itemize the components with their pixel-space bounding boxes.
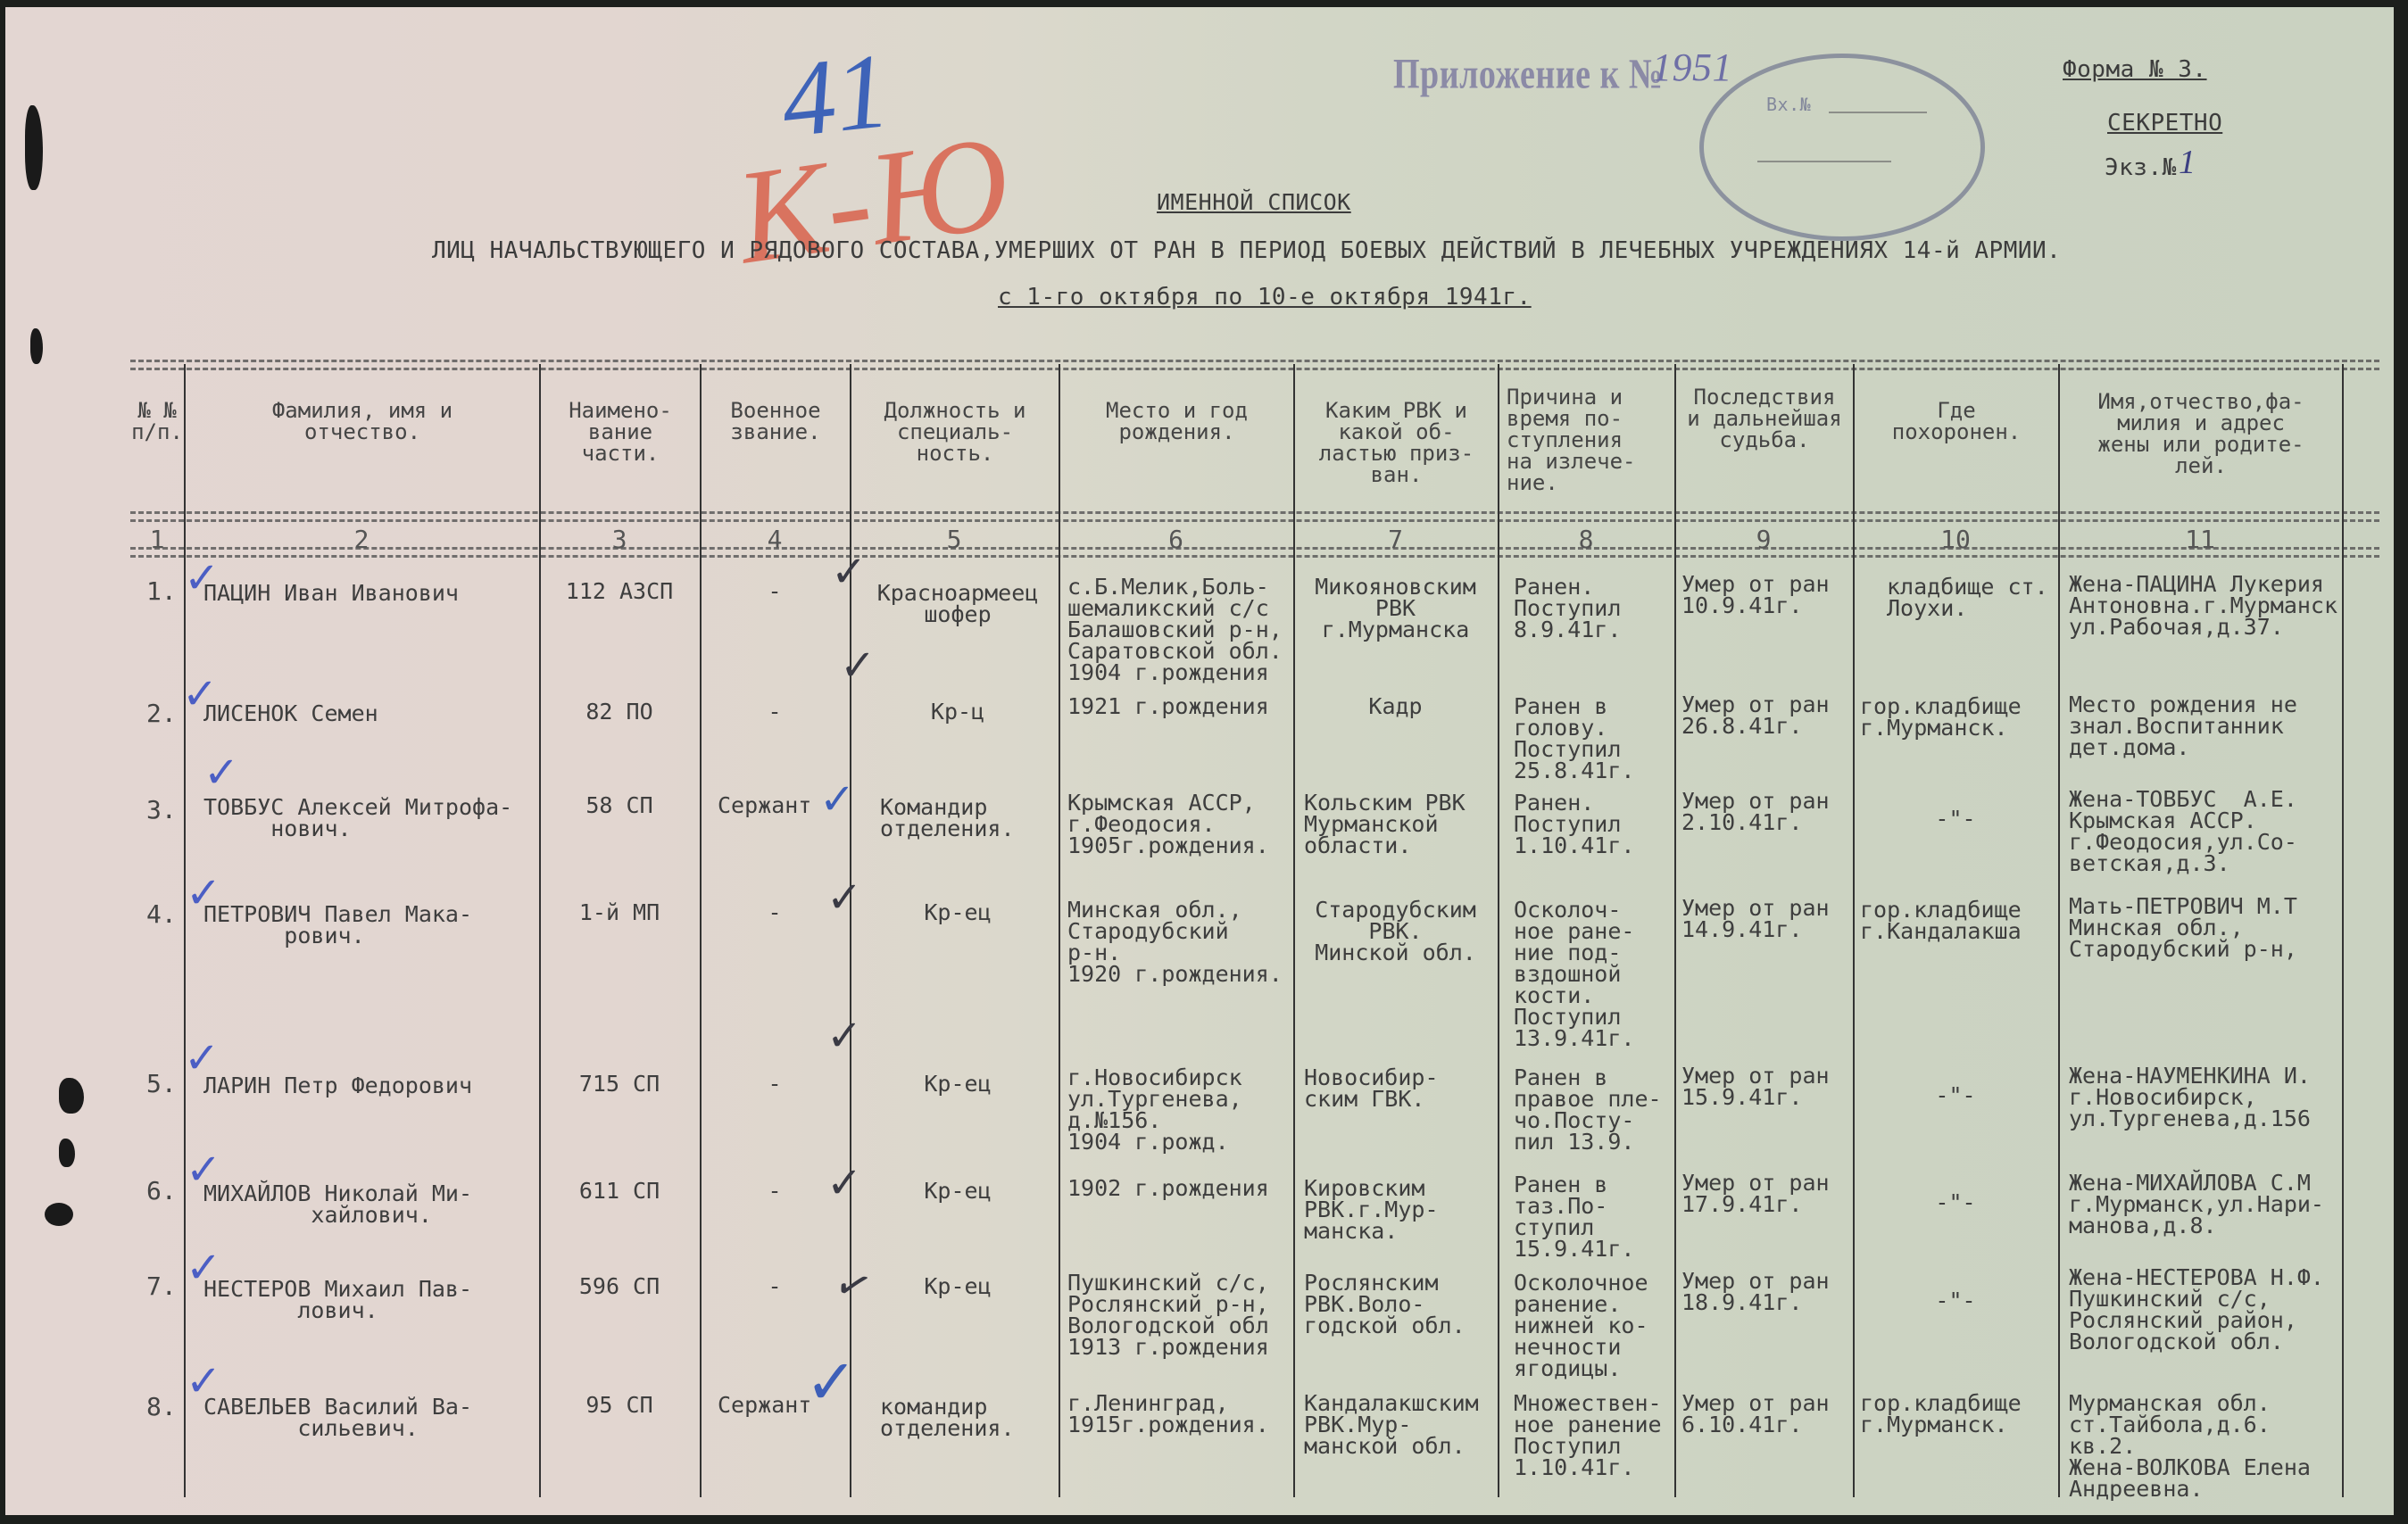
cell-fate: Умер от ран 15.9.41г.: [1681, 1065, 1830, 1108]
cell-birth: с.Б.Мелик,Боль- шемаликский с/с Балашовс…: [1067, 576, 1283, 683]
punch-hole: [25, 105, 43, 190]
cell-birth: г.Ленинград, 1915г.рождения.: [1067, 1393, 1269, 1436]
cell-position: Кр-ец: [859, 1276, 1057, 1297]
cell-name: САВЕЛЬЕВ Василий Ва- сильевич.: [203, 1396, 472, 1439]
cell-buried: -"-: [1853, 1290, 2058, 1312]
cell-rvk: Новосибир- ским ГВК.: [1304, 1067, 1439, 1110]
row-number: 2.: [146, 699, 177, 728]
cell-relatives: Мурманская обл. ст.Тайбола,д.6. кв.2. Же…: [2069, 1393, 2311, 1500]
cell-rvk: Кандалакшским РВК.Мур- манской обл.: [1304, 1393, 1479, 1457]
header-fate: Последствия и дальнейшая судьба.: [1676, 386, 1853, 451]
cell-rank: Сержант: [718, 1395, 811, 1416]
cell-buried: -"-: [1853, 1085, 2058, 1106]
document-page: Приложение к № 1951 Вх.№ Форма № 3. СЕКР…: [5, 7, 2394, 1515]
cell-fate: Умер от ран 6.10.41г.: [1681, 1393, 1830, 1436]
stamp-label: Вх.№: [1766, 94, 1811, 115]
header-cause: Причина и время по- ступления на излече-…: [1499, 386, 1681, 493]
cell-birth: Крымская АССР, г.Феодосия. 1905г.рождени…: [1067, 792, 1269, 857]
header-unit: Наимено- вание части.: [541, 400, 700, 464]
row-number: 6.: [146, 1176, 177, 1205]
column-number: 11: [2058, 525, 2342, 554]
cell-rvk: Микояновским РВК г.Мурманска: [1295, 576, 1496, 641]
header-relatives: Имя,отчество,фа- милия и адрес жены или …: [2060, 391, 2342, 476]
cell-unit: 596 СП: [539, 1276, 700, 1297]
cell-fate: Умер от ран 18.9.41г.: [1681, 1271, 1830, 1313]
cell-cause: Ранен. Поступил 1.10.41г.: [1514, 792, 1634, 857]
stamp-line: [1757, 161, 1891, 162]
cell-birth: 1902 г.рождения: [1067, 1178, 1269, 1199]
cell-cause: Ранен в таз.По- ступил 15.9.41г.: [1514, 1174, 1634, 1260]
cell-position: Командир отделения.: [880, 797, 1015, 840]
cell-rank: -: [700, 701, 850, 723]
check-mark-icon: ✓: [805, 1346, 858, 1420]
cell-cause: Ранен в правое пле- чо.Посту- пил 13.9.: [1514, 1067, 1662, 1153]
row-number: 7.: [146, 1271, 177, 1301]
cell-rvk: Стародубским РВК. Минской обл.: [1295, 899, 1496, 964]
row-number: 5.: [146, 1069, 177, 1098]
punch-hole: [30, 328, 43, 364]
cell-cause: Осколоч- ное ране- ние под- вздошной кос…: [1514, 899, 1634, 1049]
form-number: Форма № 3.: [2063, 56, 2207, 83]
punch-hole: [59, 1139, 75, 1167]
cell-name: НЕСТЕРОВ Михаил Пав- лович.: [203, 1279, 472, 1321]
column-number: 9: [1674, 525, 1853, 554]
cell-position: Красноармеец шофер: [859, 583, 1057, 625]
column-number: 2: [184, 525, 539, 554]
header-position: Должность и специаль- ность.: [851, 400, 1059, 464]
column-number: 5: [850, 525, 1059, 554]
cell-name: ПЕТРОВИЧ Павел Мака- рович.: [203, 904, 472, 947]
cell-buried: -"-: [1853, 808, 2058, 830]
check-mark-icon: ✓: [203, 748, 239, 798]
cell-name: ЛИСЕНОК Семен: [203, 703, 378, 725]
cell-fate: Умер от ран 17.9.41г.: [1681, 1172, 1830, 1215]
punch-hole: [45, 1203, 73, 1226]
report-period: с 1-го октября по 10-е октября 1941г.: [998, 284, 1532, 311]
cell-relatives: Мать-ПЕТРОВИЧ М.Т Минская обл., Стародуб…: [2069, 896, 2297, 960]
cell-rvk: Кировским РВК.г.Мур- манска.: [1304, 1178, 1439, 1242]
copy-label: Экз.№: [2105, 154, 2177, 181]
row-number: 3.: [146, 795, 177, 824]
page-title: ИМЕННОЙ СПИСОК: [1157, 189, 1351, 215]
cell-rank: -: [700, 1276, 850, 1297]
cell-buried: кладбище ст. Лоухи.: [1887, 576, 2048, 619]
cell-birth: Минская обл., Стародубский р-н. 1920 г.р…: [1067, 899, 1283, 985]
cell-rank: -: [700, 1073, 850, 1095]
cell-unit: 58 СП: [539, 795, 700, 816]
appendix-number: 1951: [1652, 45, 1732, 90]
cell-position: Кр-ец: [859, 1180, 1057, 1202]
column-divider: [2342, 364, 2344, 1497]
cell-position: Кр-ец: [859, 1073, 1057, 1095]
header-rank: Военное звание.: [702, 400, 850, 443]
column-number: 10: [1853, 525, 2058, 554]
cell-rank: Сержант: [718, 795, 811, 816]
cell-name: ЛАРИН Петр Федорович: [203, 1075, 472, 1097]
incoming-stamp: Вх.№: [1699, 54, 1985, 241]
row-number: 4.: [146, 899, 177, 929]
cell-cause: Ранен. Поступил 8.9.41г.: [1514, 576, 1621, 641]
cell-fate: Умер от ран 14.9.41г.: [1681, 898, 1830, 940]
header-birth: Место и год рождения.: [1060, 400, 1293, 443]
cell-relatives: Жена-НЕСТЕРОВА Н.Ф. Пушкинский с/с, Росл…: [2069, 1267, 2324, 1353]
cell-unit: 1-й МП: [539, 902, 700, 924]
cell-buried: гор.кладбище г.Мурманск.: [1860, 696, 2022, 739]
cell-birth: Пушкинский с/с, Рослянский р-н, Вологодс…: [1067, 1272, 1269, 1358]
cell-position: Кр-ц: [859, 701, 1057, 723]
cell-rvk: Рослянским РВК.Воло- годской обл.: [1304, 1272, 1466, 1337]
cell-name: МИХАЙЛОВ Николай Ми- хайлович.: [203, 1183, 472, 1226]
table-rule-top: [130, 360, 2379, 370]
classification-label: СЕКРЕТНО: [2107, 110, 2222, 137]
cell-unit: 611 СП: [539, 1180, 700, 1202]
cell-buried: гор.кладбище г.Мурманск.: [1860, 1393, 2022, 1436]
cell-fate: Умер от ран 26.8.41г.: [1681, 694, 1830, 737]
cell-name: ПАЦИН Иван Иванович: [203, 583, 459, 604]
cell-birth: г.Новосибирск ул.Тургенева, д.№156. 1904…: [1067, 1067, 1242, 1153]
cell-relatives: Жена-ТОВБУС А.Е. Крымская АССР. г.Феодос…: [2069, 789, 2297, 874]
cell-buried: гор.кладбище г.Кандалакша: [1860, 899, 2022, 942]
column-number: 8: [1498, 525, 1674, 554]
check-mark-icon: ✓: [826, 1011, 862, 1061]
cell-position: командир отделения.: [880, 1396, 1015, 1439]
column-number: 6: [1059, 525, 1293, 554]
cell-unit: 715 СП: [539, 1073, 700, 1095]
column-number: 1: [130, 525, 184, 554]
cell-relatives: Жена-НАУМЕНКИНА И. г.Новосибирск, ул.Тур…: [2069, 1065, 2311, 1130]
punch-hole: [59, 1078, 84, 1114]
column-number: 4: [700, 525, 850, 554]
header-num: № № п/п.: [130, 400, 184, 443]
cell-position: Кр-ец: [859, 902, 1057, 924]
cell-name: ТОВБУС Алексей Митрофа- нович.: [203, 797, 512, 840]
cell-rvk: Кольским РВК Мурманской области.: [1304, 792, 1466, 857]
header-name: Фамилия, имя и отчество.: [188, 400, 536, 443]
check-mark-icon: ✓: [819, 774, 855, 824]
check-mark-icon: ✓: [826, 1158, 862, 1208]
cell-rank: -: [700, 581, 850, 602]
table-rule-header: [130, 511, 2379, 522]
cell-unit: 82 ПО: [539, 701, 700, 723]
cell-relatives: Жена-ПАЦИНА Лукерия Антоновна.г.Мурманск…: [2069, 574, 2337, 638]
cell-birth: 1921 г.рождения: [1067, 696, 1269, 717]
column-number: 3: [539, 525, 700, 554]
check-mark-icon: ✓: [826, 873, 862, 923]
cell-cause: Множествен- ное ранение Поступил 1.10.41…: [1514, 1393, 1662, 1478]
header-buried: Где похоронен.: [1855, 400, 2058, 443]
cell-buried: -"-: [1853, 1192, 2058, 1213]
cell-cause: Ранен в голову. Поступил 25.8.41г.: [1514, 696, 1634, 782]
column-number: 7: [1293, 525, 1498, 554]
cell-cause: Осколочное ранение. нижней ко- нечности …: [1514, 1272, 1648, 1379]
row-number: 1.: [146, 576, 177, 606]
cell-relatives: Жена-МИХАЙЛОВА С.М г.Мурманск,ул.Нари- м…: [2069, 1172, 2324, 1237]
stamp-line: [1829, 112, 1927, 113]
cell-unit: 95 СП: [539, 1395, 700, 1416]
cell-rvk: Кадр: [1295, 696, 1496, 717]
copy-number: 1: [2179, 143, 2196, 182]
cell-relatives: Место рождения не знал.Воспитанник дет.д…: [2069, 694, 2297, 758]
page-subtitle: ЛИЦ НАЧАЛЬСТВУЮЩЕГО И РЯДОВОГО СОСТАВА,У…: [432, 237, 2061, 264]
handwritten-note-red: К-Ю: [728, 105, 1018, 295]
appendix-label: Приложение к №: [1393, 50, 1664, 99]
row-number: 8.: [146, 1392, 177, 1421]
cell-fate: Умер от ран 2.10.41г.: [1681, 791, 1830, 833]
header-rvk: Каким РВК и какой об- ластью приз- ван.: [1295, 400, 1498, 485]
cell-unit: 112 АЗСП: [539, 581, 700, 602]
check-mark-icon: ✓: [840, 641, 876, 691]
cell-fate: Умер от ран 10.9.41г.: [1681, 574, 1830, 617]
